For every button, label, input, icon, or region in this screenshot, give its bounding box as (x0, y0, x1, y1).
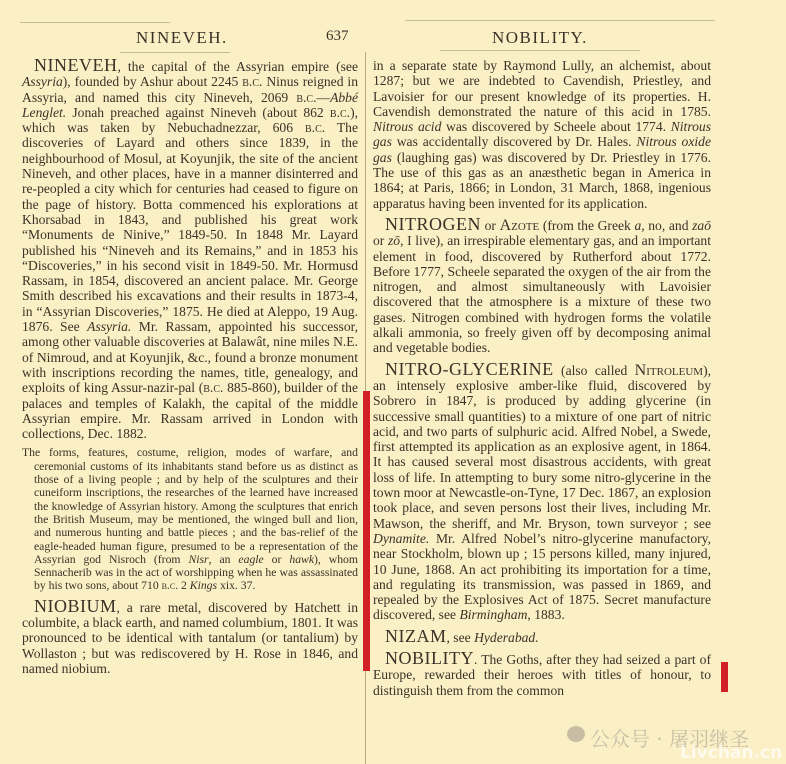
header-rule (440, 50, 640, 51)
running-head-left: NINEVEH. (136, 28, 228, 48)
headword-nitrogen: NITROGEN (385, 214, 481, 234)
cross-ref-assyria: Assyria (22, 74, 63, 89)
header-rule (405, 20, 715, 21)
cross-ref-assyria-2: Assyria. (87, 319, 131, 334)
headword-nineveh: NINEVEH (34, 55, 117, 75)
header-rule (20, 22, 170, 23)
left-column: NINEVEH, the capital of the Assyrian emp… (22, 58, 358, 676)
highlight-bar-nitroglycerine (363, 391, 370, 671)
cross-ref-dynamite: Dynamite. (373, 531, 429, 546)
entry-niobium: NIOBIUM, a rare metal, discovered by Hat… (22, 599, 358, 676)
headword-niobium: NIOBIUM (34, 596, 117, 616)
cross-ref-birmingham: Birmingham (459, 607, 527, 622)
note-nineveh: The forms, features, costume, religion, … (22, 446, 358, 592)
watermark-logo-icon (567, 726, 585, 742)
headword-nitro-glycerine: NITRO-GLYCERINE (385, 359, 554, 379)
entry-nitrogen: NITROGEN or Azote (from the Greek a, no,… (373, 217, 711, 356)
header-rule (120, 52, 230, 53)
watermark-url: Livchan.cn (680, 743, 782, 763)
entry-nineveh: NINEVEH, the capital of the Assyrian emp… (22, 58, 358, 441)
headword-nobility: NOBILITY (385, 648, 474, 668)
entry-nobility: NOBILITY. The Goths, after they had seiz… (373, 651, 711, 698)
highlight-bar-secret-manufacture (721, 662, 728, 692)
dictionary-page: NINEVEH. 637 NOBILITY. NINEVEH, the capi… (0, 0, 786, 764)
right-column: in a separate state by Raymond Lully, an… (373, 58, 711, 698)
page-number: 637 (326, 28, 349, 45)
entry-nitric-acid-continued: in a separate state by Raymond Lully, an… (373, 58, 711, 211)
headword-nizam: NIZAM (385, 626, 447, 646)
entry-nizam: NIZAM, see Hyderabad. (373, 629, 711, 645)
cross-ref-hyderabad: Hyderabad. (474, 630, 539, 645)
running-head-right: NOBILITY. (492, 28, 588, 48)
entry-nitro-glycerine: NITRO-GLYCERINE (also called Nitroleum),… (373, 362, 711, 623)
